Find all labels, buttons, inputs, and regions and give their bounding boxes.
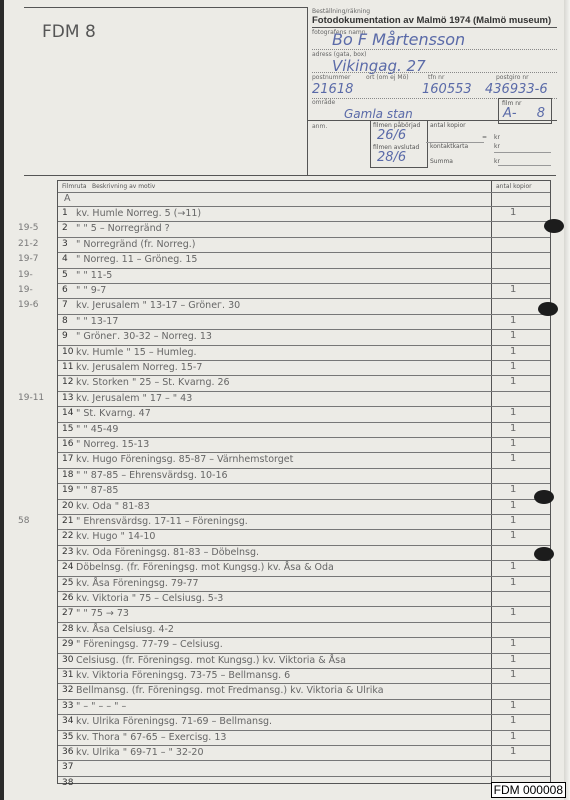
frame-number: 17 [62,454,73,464]
copy-count: 1 [510,607,516,618]
margin-note: 21-2 [18,239,38,249]
row-divider [58,776,550,777]
motif-description: " " 9-7 [76,285,106,296]
frame-number: 12 [62,377,73,387]
margin-note: 19-7 [18,254,38,264]
copy-count: 1 [510,207,516,218]
order-label: Beställning/räkning [312,8,370,15]
motif-description: kv. Humle " 15 – Humleg. [76,347,197,358]
film-prefix: A- [503,106,517,121]
motif-description: kv. Ulrika " 69-71 – " 32-20 [76,747,204,758]
frame-number: 5 [62,270,68,280]
frame-number: 28 [62,624,73,634]
row-divider [58,268,550,269]
motif-description: kv. Viktoria " 75 – Celsiusg. 5-3 [76,593,223,604]
motif-description: kv. Viktoria Föreningsg. 73-75 – Bellman… [76,670,290,681]
frame-number: 26 [62,593,73,603]
copy-count: 1 [510,423,516,434]
row-divider [58,653,550,654]
row-divider [58,375,550,376]
row-divider [58,699,550,700]
copy-count: 1 [510,715,516,726]
sum-kr: kr [494,158,500,165]
col-copies-header: antal kopior [496,181,532,192]
row-divider [58,622,550,623]
copy-count: 1 [510,500,516,511]
started-value: 26/6 [377,128,406,143]
row-divider [58,221,550,222]
frame-number: 7 [62,300,68,310]
copy-count: 1 [510,346,516,357]
motif-description: Bellmansg. (fr. Föreningsg. mot Fredmans… [76,685,384,696]
frame-number: 3 [62,239,68,249]
row-divider [58,606,550,607]
roll-letter: A [64,193,71,204]
row-divider [58,406,550,407]
film-dates-box: filmen påbörjad 26/6 filmen avslutad 28/… [370,120,428,168]
contact-rule [494,152,551,153]
copy-count: 1 [510,577,516,588]
motif-description: " " 87-85 – Ehrensvärdsg. 10-16 [76,470,228,481]
row-divider [58,760,550,761]
frame-number: 37 [62,762,73,772]
motif-description: " " 13-17 [76,316,118,327]
motif-description: kv. Jerusalem Norreg. 15-7 [76,362,202,373]
frame-number: 9 [62,331,68,341]
frame-number: 27 [62,608,73,618]
row-divider [58,298,550,299]
margin-note: 58 [18,516,29,526]
copies-kr: kr [494,134,500,141]
archive-mark: FDM 8 [42,22,96,42]
row-divider [58,252,550,253]
motif-description: kv. Åsa Föreningsg. 79-77 [76,578,199,589]
giro-value: 436933-6 [485,82,548,97]
frame-number: 19 [62,485,73,495]
motif-description: kv. Åsa Celsiusg. 4-2 [76,624,174,635]
motif-description: " Grönег. 30-32 – Norreg. 13 [76,331,212,342]
motif-table: Filmruta Beskrivning av motiv antal kopi… [57,180,551,784]
motif-description: kv. Hugo " 14-10 [76,531,155,542]
title-rule [312,27,557,28]
motif-description: " " 11-5 [76,270,112,281]
frame-number: 21 [62,516,73,526]
motif-description: kv. Humle Norreg. 5 (→11) [76,208,201,219]
row-divider [58,714,550,715]
margin-note: 19- [18,270,33,280]
frame-number: 11 [62,362,73,372]
row-divider [58,529,550,530]
note-label: anm. [312,123,327,130]
copy-count: 1 [510,330,516,341]
motif-description: kv. Jerusalem " 17 – " 43 [76,393,192,404]
col-frame-header: Filmruta [62,181,87,192]
frame-number: 22 [62,531,73,541]
motif-description: kv. Ulrika Föreningsg. 71-69 – Bellmansg… [76,716,272,727]
punch-hole [534,547,554,561]
copy-count: 1 [510,376,516,387]
frame-number: 6 [62,285,68,295]
row-divider [58,192,550,193]
motif-description: " Föreningsg. 77-79 – Celsiusg. [76,639,223,650]
row-divider [58,545,550,546]
frame-number: 4 [62,254,68,264]
photographer-rule [312,49,557,50]
copy-count: 1 [510,638,516,649]
row-divider [58,591,550,592]
copy-count: 1 [510,746,516,757]
row-divider [58,576,550,577]
frame-number: 35 [62,732,73,742]
equals-sign: = [482,134,487,141]
row-divider [58,514,550,515]
giro-label: postgiro nr [496,74,529,81]
copy-count: 1 [510,284,516,295]
margin-note: 19-5 [18,223,38,233]
row-divider [58,329,550,330]
header-bottom-rule [24,175,556,176]
sum-label: Summa [430,158,453,165]
copy-count: 1 [510,515,516,526]
copy-count: 1 [510,407,516,418]
frame-number: 13 [62,393,73,403]
postcode-value: 21618 [312,82,353,97]
row-divider [58,499,550,500]
frame-number: 2 [62,223,68,233]
form-title: Fotodokumentation av Malmö 1974 (Malmö m… [312,15,551,26]
frame-number: 31 [62,670,73,680]
copy-count: 1 [510,561,516,572]
punch-hole [534,490,554,504]
motif-description: " St. Kvarng. 47 [76,408,151,419]
frame-number: 15 [62,424,73,434]
punch-hole [538,302,558,316]
frame-number: 29 [62,639,73,649]
contact-label: kontaktkarta [430,143,468,150]
frame-number: 24 [62,562,73,572]
motif-description: kv. Jerusalem " 13-17 – Grönег. 30 [76,300,240,311]
copy-count: 1 [510,530,516,541]
row-divider [58,730,550,731]
frame-number: 14 [62,408,73,418]
sum-rule [498,165,551,166]
motif-description: kv. Oda Föreningsg. 81-83 – Döbelnsg. [76,547,259,558]
frame-number: 8 [62,316,68,326]
place-label: ort (om ej Mö) [366,74,409,81]
margin-note: 19-6 [18,300,38,310]
copies-cost-box: antal kopior = kr kontaktkarta kr Summa … [426,120,551,166]
top-rule [24,7,308,8]
frame-number: 38 [62,778,73,788]
motif-description: " " 87-85 [76,485,118,496]
frame-number: 32 [62,685,73,695]
row-divider [58,452,550,453]
row-divider [58,206,550,207]
row-divider [58,283,550,284]
frame-number: 23 [62,547,73,557]
frame-number: 16 [62,439,73,449]
motif-description: " Norreg. 15-13 [76,439,149,450]
margin-note: 19- [18,285,33,295]
archive-stamp: FDM 000008 [491,782,566,798]
area-value: Gamla stan [344,107,413,121]
frame-number: 18 [62,470,73,480]
motif-description: Döbelnsg. (fr. Föreningsg. mot Kungsg.) … [76,562,334,573]
copy-count: 1 [510,700,516,711]
motif-description: kv. Oda " 81-83 [76,501,150,512]
copy-count: 1 [510,731,516,742]
row-divider [58,422,550,423]
row-divider [58,483,550,484]
motif-description: " Norreg. 11 – Gröneg. 15 [76,254,197,265]
address-rule [312,72,557,73]
col-desc-header: Beskrivning av motiv [92,181,155,192]
frame-number: 1 [62,208,68,218]
scan-right-edge [564,0,570,800]
row-divider [58,745,550,746]
row-divider [58,237,550,238]
frame-number: 34 [62,716,73,726]
phone-value: 160553 [422,82,472,97]
row-divider [58,637,550,638]
motif-description: kv. Storken " 25 – St. Kvarng. 26 [76,377,230,388]
copies-column-divider [491,181,492,783]
motif-description: " Norregränd (fr. Norreg.) [76,239,196,250]
copies-label: antal kopior [430,122,466,129]
row-divider [58,360,550,361]
contact-kr: kr [494,143,500,150]
phone-label: tfn nr [428,74,444,81]
motif-description: " " 5 – Norregränd ? [76,223,170,234]
row-divider [58,683,550,684]
motif-description: " " 45-49 [76,424,118,435]
copy-count: 1 [510,453,516,464]
area-label: område [312,99,335,106]
copy-count: 1 [510,438,516,449]
motif-description: kv. Thora " 67-65 – Exercisg. 13 [76,732,226,743]
copy-count: 1 [510,669,516,680]
motif-description: " Ehrensvärdsg. 17-11 – Föreningsg. [76,516,248,527]
frame-number: 30 [62,655,73,665]
frame-number: 33 [62,701,73,711]
frame-number: 20 [62,501,73,511]
row-divider [58,391,550,392]
motif-description: Celsiusg. (fr. Föreningsg. mot Kungsg.) … [76,655,346,666]
copy-count: 1 [510,654,516,665]
scan-left-edge [0,0,4,800]
row-divider [58,668,550,669]
motif-description: " " 75 → 73 [76,608,129,619]
photographer-value: Bo F Mårtensson [332,30,465,49]
frame-number: 10 [62,347,73,357]
row-divider [58,345,550,346]
film-number: 8 [537,106,545,121]
frame-number: 36 [62,747,73,757]
frame-number: 25 [62,578,73,588]
copy-count: 1 [510,361,516,372]
motif-description: kv. Hugo Föreningsg. 85-87 – Värnhemstor… [76,454,293,465]
punch-hole [544,219,564,233]
row-divider [58,468,550,469]
postcode-label: postnummer [312,74,350,81]
margin-note: 19-11 [18,393,44,403]
row-divider [58,314,550,315]
motif-description: " – " – – " – [76,701,126,712]
copy-count: 1 [510,315,516,326]
row-divider [58,437,550,438]
finished-value: 28/6 [377,150,406,165]
copy-count: 1 [510,484,516,495]
